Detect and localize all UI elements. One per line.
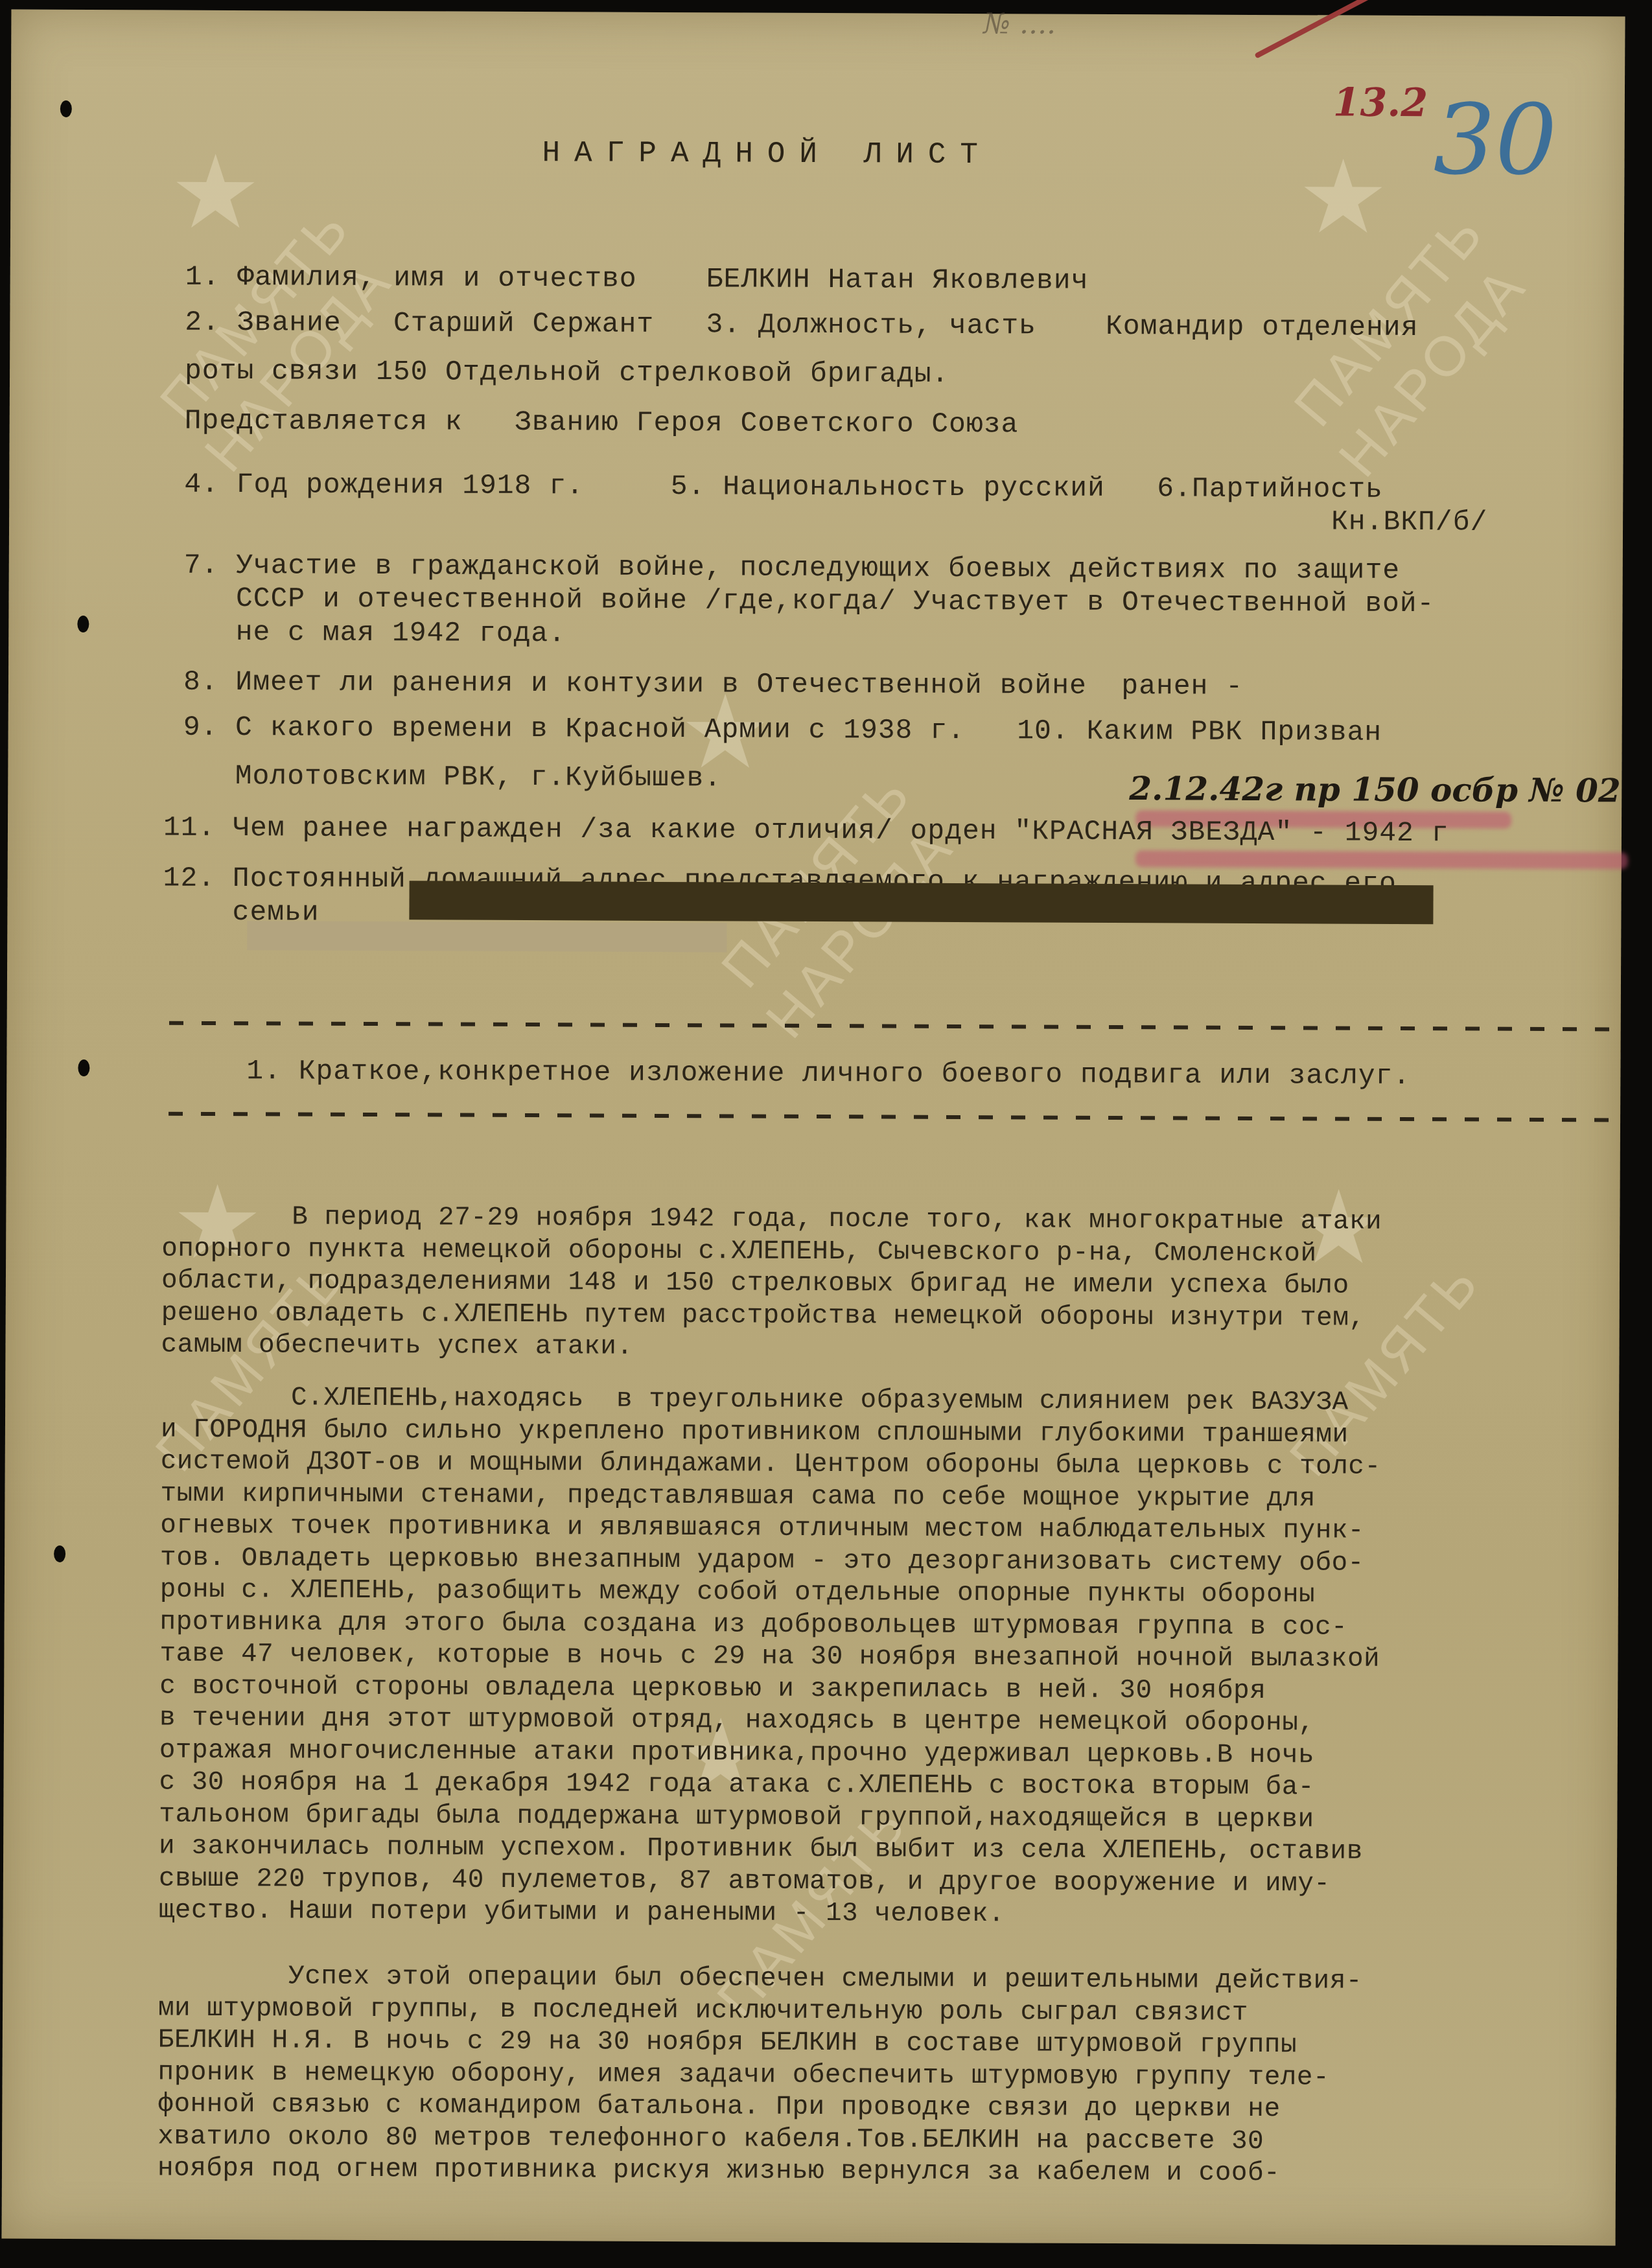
award-sheet: ★ ★ ★ ★ ★ ★ ПАМЯТЬ НАРОДА ПАМЯТЬ НАРОДА … [2, 10, 1625, 2246]
blue-page-number: 30 [1433, 84, 1557, 197]
punch-hole [77, 616, 89, 632]
field-9-10-service: 9. С какого времени в Красной Армии с 19… [183, 713, 1382, 746]
dashed-separator [169, 1112, 1614, 1122]
watermark-star-icon: ★ [1300, 125, 1386, 268]
field-2-3-rank-position: 2. Звание Старший Сержант 3. Должность, … [185, 308, 1418, 341]
field-6-party-value: Кн.ВКП/б/ [1331, 507, 1487, 536]
narrative-paragraph-2: С.ХЛЕПЕНЬ,находясь в треугольнике образу… [159, 1382, 1626, 1934]
field-3-unit: роты связи 150 Отдельной стрелковой бриг… [185, 357, 949, 388]
field-nominated-for: Представляется к Званию Героя Советского… [185, 407, 1019, 439]
field-7-line-3: не с мая 1942 года. [183, 618, 566, 648]
narrative-paragraph-1: В период 27-29 ноября 1942 года, после т… [161, 1201, 1626, 1368]
field-11-previous-awards: 11. Чем ранее награжден /за какие отличи… [163, 814, 1449, 848]
field-4-5-6-birth-nationality-party: 4. Год рождения 1918 г. 5. Национальност… [184, 470, 1383, 503]
field-7-line-2: СССР и отечественной войне /где,когда/ У… [183, 584, 1434, 618]
field-10-value: Молотовским РВК, г.Куйбышев. [183, 762, 721, 793]
document-title: НАГРАДНОЙ ЛИСТ [542, 136, 992, 172]
watermark-star-icon: ★ [172, 121, 259, 264]
address-redaction-light [247, 921, 727, 952]
field-1-full-name: 1. Фамилия, имя и отчество БЕЛКИН Натан … [185, 263, 1089, 295]
red-annotation-number: 13.2 [1333, 80, 1428, 126]
punch-hole [78, 1059, 89, 1076]
punch-hole [54, 1545, 65, 1562]
section-heading: 1. Краткое,конкретное изложение личного … [246, 1057, 1410, 1090]
punch-hole [60, 100, 72, 117]
narrative-paragraph-3: Успех этой операции был обеспечен смелым… [157, 1961, 1623, 2192]
address-redaction [409, 881, 1433, 924]
field-8-wounds: 8. Имеет ли ранения и контузии в Отечест… [183, 668, 1243, 700]
pencil-note: № .... [983, 7, 1056, 40]
handwritten-award-note: 2.12.42г пр 150 осбр № 02 [1129, 769, 1621, 809]
field-7-line-1: 7. Участие в гражданской войне, последую… [184, 551, 1400, 584]
dashed-separator [169, 1021, 1614, 1032]
red-pencil-stroke [1254, 0, 1434, 59]
